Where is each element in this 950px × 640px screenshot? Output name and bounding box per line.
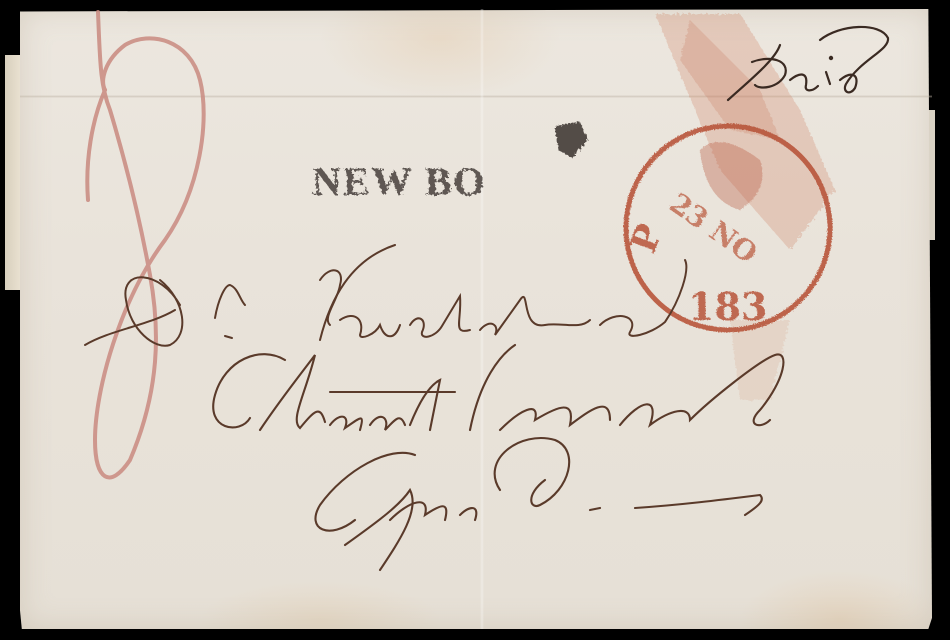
letter-photo: P 23 NO 183 NEW BO xyxy=(0,0,950,640)
town-handstamp-text: NEW BO xyxy=(312,159,487,204)
town-handstamp: NEW BO xyxy=(312,122,588,204)
datestamp-year: 183 xyxy=(688,284,767,329)
address-line-1-script xyxy=(85,245,686,346)
address-line-3-script xyxy=(315,438,761,570)
address-line-2-script xyxy=(213,345,783,430)
ink-markings: P 23 NO 183 NEW BO xyxy=(0,0,950,640)
rate-numeral-8 xyxy=(87,12,203,477)
